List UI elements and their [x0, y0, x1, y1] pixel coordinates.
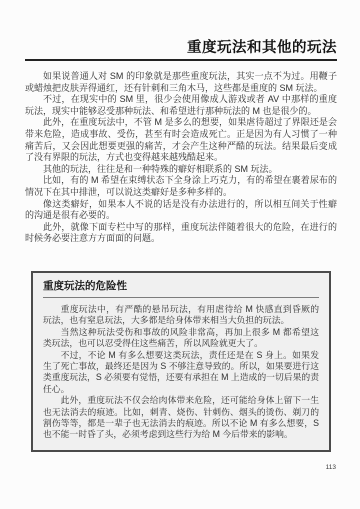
- page-title: 重度玩法和其他的玩法: [25, 40, 337, 56]
- title-divider: [25, 59, 337, 61]
- paragraph: 此外，就像下面专栏中写的那样，重度玩法伴随着很大的危险，在进行的时候务必要注意方…: [25, 222, 337, 245]
- danger-column-box: 重度玩法的危险性 重度玩法中，有严酷的悬吊玩法，有用虐待给 M 快感直到昏厥的玩…: [31, 271, 331, 452]
- column-box-paragraph: 此外，重度玩法不仅会给肉体带来危险，还可能给身体上留下一生也无法消去的痕迹。比如…: [43, 395, 319, 441]
- page-content: 重度玩法和其他的玩法 如果说普通人对 SM 的印象就是那些重度玩法，其实一点不为…: [0, 40, 360, 245]
- paragraph: 其他的玩法，往往是和一种特殊的癖好相联系的 SM 玩法。: [25, 164, 337, 176]
- column-box-title: 重度玩法的危险性: [43, 280, 319, 293]
- column-box-paragraph: 不过，不论 M 有多么想要这类玩法，责任还是在 S 身上。如果发生了死亡事故，最…: [43, 350, 319, 396]
- column-box-divider: [43, 297, 319, 298]
- column-box-paragraph: 重度玩法中，有严酷的悬吊玩法，有用虐待给 M 快感直到昏厥的玩法，也有窒息玩法，…: [43, 304, 319, 327]
- paragraph: 此外，在重度玩法中，不管 M 是多么的想要，如果虐待超过了界限还是会带来危险，造…: [25, 117, 337, 163]
- paragraph: 如果说普通人对 SM 的印象就是那些重度玩法，其实一点不为过。用鞭子或蜡烛把皮肤…: [25, 71, 337, 94]
- paragraph: 像这类癖好，如果本人不说的话是没有办法进行的，所以相互间关于性癖的沟通是很有必要…: [25, 199, 337, 222]
- column-box-paragraph: 当然这种玩法受伤和事故的风险非常高，再加上很多 M 都希望这类玩法，也可以忍受得…: [43, 327, 319, 350]
- page-number: 113: [326, 464, 336, 472]
- paragraph: 不过，在现实中的 SM 里，很少会使用像成人游戏或者 AV 中那样的重度玩法，现…: [25, 94, 337, 117]
- body-text: 如果说普通人对 SM 的印象就是那些重度玩法，其实一点不为过。用鞭子或蜡烛把皮肤…: [25, 71, 337, 245]
- paragraph: 比如，有的 M 希望在束缚状态下全身涂上巧克力，有的希望在裹着尿布的情况下在其中…: [25, 175, 337, 198]
- document-page: 重度玩法和其他的玩法 如果说普通人对 SM 的印象就是那些重度玩法，其实一点不为…: [0, 0, 360, 509]
